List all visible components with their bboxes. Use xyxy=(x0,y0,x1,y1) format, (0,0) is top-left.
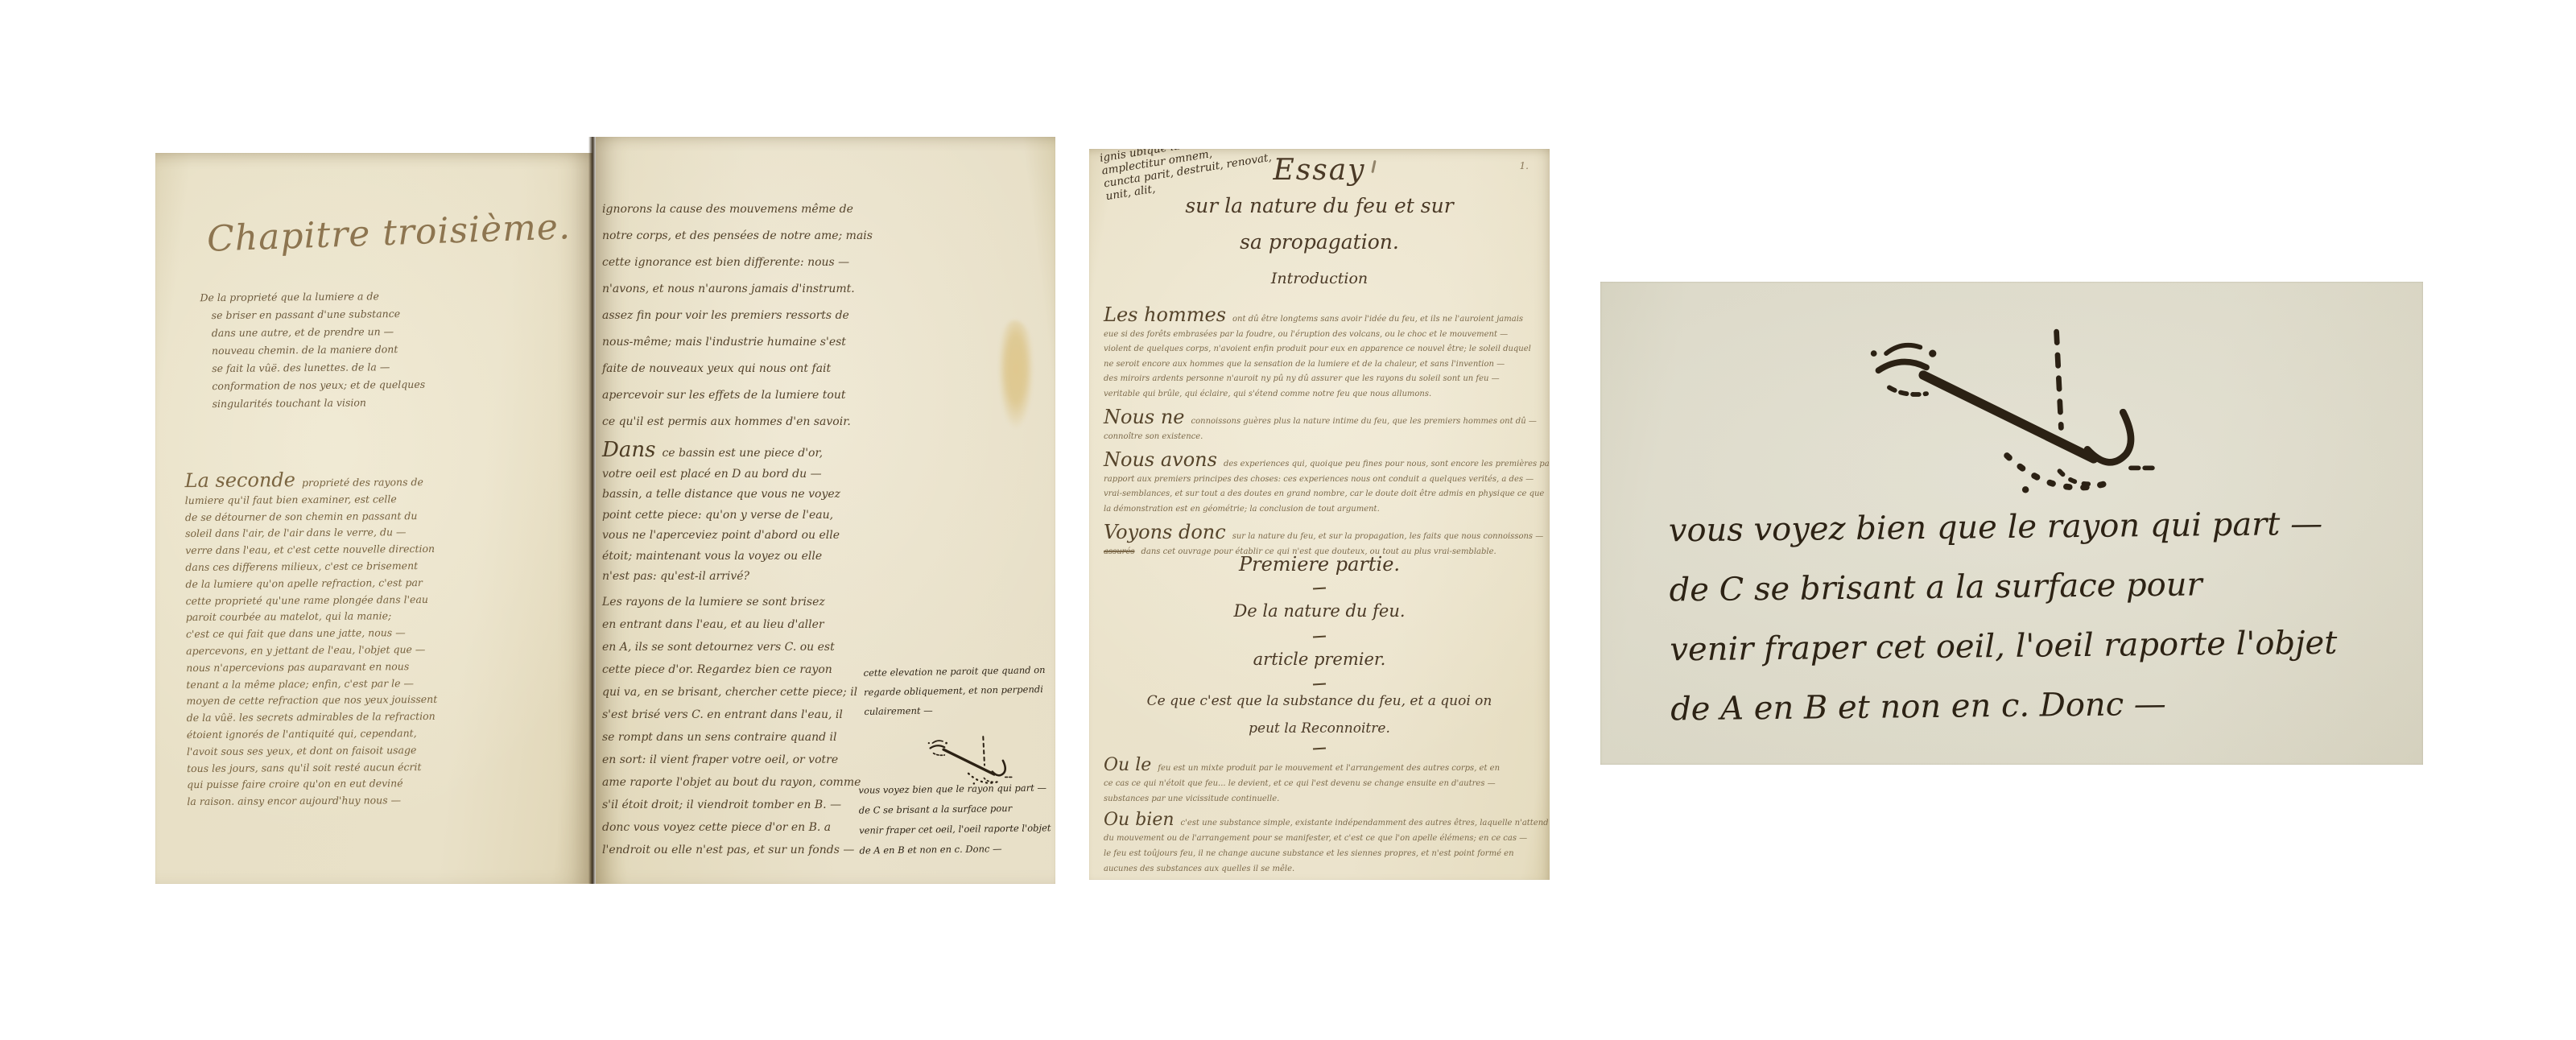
manuscript-line: violent de quelques corps, n'avoient enf… xyxy=(1104,342,1538,357)
manuscript-line: c'est ce qui fait que dans une jatte, no… xyxy=(186,625,437,643)
manuscript-line: apercevoir sur les effets de la lumiere … xyxy=(602,382,873,409)
manuscript-line: paroit courbée au matelot, qui la manie; xyxy=(186,608,437,626)
manuscript-line: votre oeil est placé en D au bord du — xyxy=(602,464,873,485)
manuscript-line: du mouvement ou de l'arrangement pour se… xyxy=(1104,831,1538,846)
section-divider xyxy=(1313,635,1326,638)
essay-title-line2: sur la nature du feu et sur xyxy=(1089,194,1550,217)
manuscript-line: ce cas ce qui n'étoit que feu... le devi… xyxy=(1104,776,1538,791)
manuscript-line: regarde obliquement, et non perpendi xyxy=(864,679,1046,702)
manuscript-line: sur la nature du feu, et sur la propagat… xyxy=(1232,530,1544,545)
chapter-title: Chapitre troisième. xyxy=(206,206,571,260)
left-page-body: La seconde proprieté des rayons de lumie… xyxy=(185,471,439,811)
leaf-body: Les hommes ont dû être longtems sans avo… xyxy=(1104,305,1538,565)
paragraph-first-line: Ou bien c'est une substance simple, exis… xyxy=(1104,812,1538,831)
manuscript-line: ignorons la cause des mouvemens même de xyxy=(602,196,873,223)
manuscript-line: c'est une substance simple, existante in… xyxy=(1181,815,1550,831)
manuscript-line: s'est brisé vers C. en entrant dans l'ea… xyxy=(602,704,873,726)
paragraph-lines: rapport aux premiers principes des chose… xyxy=(1104,473,1538,518)
manuscript-line: de C se brisant a la surface pour xyxy=(1669,554,2337,621)
manuscript-line: de la lumiere qu'on apelle refraction, c… xyxy=(185,575,436,593)
article-subtitle-line2: peut la Reconnoitre. xyxy=(1089,720,1550,737)
section-divider xyxy=(1313,683,1326,685)
manuscript-line: venir fraper cet oeil, l'oeil raporte l'… xyxy=(859,818,1051,840)
paragraph-lead: Ou le xyxy=(1104,757,1151,773)
manuscript-line: singularités touchant la vision xyxy=(200,394,425,413)
manuscript-line: conformation de nos yeux; et de quelques xyxy=(200,376,425,395)
paragraph-lines: du mouvement ou de l'arrangement pour se… xyxy=(1104,831,1538,877)
manuscript-line: l'avoit sous ses yeux, et dont on faisoi… xyxy=(187,742,438,761)
manuscript-line: ce bassin est une piece d'or, xyxy=(662,444,823,464)
paragraph: Les rayons de la lumiere se sont briseze… xyxy=(602,591,873,861)
nature-heading: De la nature du feu. xyxy=(1089,601,1550,621)
paragraph: Ou le feu est un mixte produit par le mo… xyxy=(1104,757,1538,807)
manuscript-line: des miroirs ardents personne n'auroit ny… xyxy=(1104,372,1538,387)
paragraph-lines: eue si des forêts embrasées par la foudr… xyxy=(1104,328,1538,402)
manuscript-line: vous ne l'aperceviez point d'abord ou el… xyxy=(602,526,873,547)
paragraph-first-line: Nous avons des experiences qui, quoique … xyxy=(1104,450,1538,473)
manuscript-line: ame raporte l'objet au bout du rayon, co… xyxy=(602,771,873,794)
paragraph-first-line: La seconde proprieté des rayons de xyxy=(185,471,436,493)
manuscript-line: en entrant dans l'eau, et au lieu d'alle… xyxy=(602,613,873,636)
manuscript-line: se fait la vûë. des lunettes. de la — xyxy=(200,358,425,378)
manuscript-line: la démonstration est en géométrie; la co… xyxy=(1104,502,1538,518)
manuscript-line: apercevons, en y jettant de l'eau, l'obj… xyxy=(186,642,437,660)
margin-caption: vous voyez bien que le rayon qui part —d… xyxy=(858,778,1051,860)
manuscript-line: bassin, a telle distance que vous ne voy… xyxy=(602,485,873,506)
manuscript-line: assez fin pour voir les premiers ressort… xyxy=(602,303,873,329)
manuscript-leaf-essay-feu: ignis ubique latet, naturamamplectitur o… xyxy=(1089,149,1550,880)
ink-stain xyxy=(998,320,1034,441)
manuscript-line: de C se brisant a la surface pour xyxy=(859,798,1051,820)
manuscript-line: connoissons guères plus la nature intime… xyxy=(1191,415,1537,430)
paragraph-lead: Dans xyxy=(602,440,655,461)
manuscript-line: dans une autre, et de prendre un — xyxy=(200,323,425,342)
manuscript-line: notre corps, et des pensées de notre ame… xyxy=(602,223,873,250)
paragraph-lead: La seconde xyxy=(185,472,295,489)
article-subtitle-line1: Ce que c'est que la substance du feu, et… xyxy=(1089,693,1550,709)
manuscript-line: rapport aux premiers principes des chose… xyxy=(1104,473,1538,488)
manuscript-line: veritable qui brûle, qui éclaire, qui s'… xyxy=(1104,387,1538,402)
part-heading: Premiere partie. xyxy=(1089,553,1550,576)
manuscript-line: se rompt dans un sens contraire quand il xyxy=(602,726,873,749)
paragraph: Ou bien c'est une substance simple, exis… xyxy=(1104,812,1538,877)
article-heading: article premier. xyxy=(1089,650,1550,669)
chapter-summary: De la proprieté que la lumiere a dese br… xyxy=(200,287,425,413)
manuscript-line: vous voyez bien que le rayon qui part — xyxy=(1668,494,2336,561)
manuscript-line: qui puisse faire croire qu'on en eut dev… xyxy=(187,775,438,794)
manuscript-line: qui va, en se brisant, chercher cette pi… xyxy=(602,681,873,704)
manuscript-line: vous voyez bien que le rayon qui part — xyxy=(858,778,1051,800)
manuscript-line: de A en B et non en c. Donc — xyxy=(859,838,1051,860)
manuscript-line: tous les jours, sans qu'il soit resté au… xyxy=(187,758,438,777)
manuscript-line: étoit; maintenant vous la voyez ou elle xyxy=(602,547,873,567)
paragraph-first-line: Voyons donc sur la nature du feu, et sur… xyxy=(1104,522,1538,545)
manuscript-line: feu est un mixte produit par le mouvemen… xyxy=(1158,761,1500,776)
paragraph: ignorons la cause des mouvemens même den… xyxy=(602,196,873,435)
manuscript-line: s'il étoit droit; il viendroit tomber en… xyxy=(602,794,873,816)
section-divider xyxy=(1313,587,1326,589)
manuscript-line: le feu est toûjours feu, il ne change au… xyxy=(1104,846,1538,861)
manuscript-line: nous n'apercevions pas auparavant en nou… xyxy=(186,658,437,677)
manuscript-line: De la proprieté que la lumiere a de xyxy=(200,287,424,307)
essay-title-line3: sa propagation. xyxy=(1089,230,1550,254)
paragraph-lines: ce cas ce qui n'étoit que feu... le devi… xyxy=(1104,776,1538,807)
manuscript-line: la raison. ainsy encor aujourd'huy nous … xyxy=(187,792,438,811)
manuscript-line: point cette piece: qu'on y verse de l'ea… xyxy=(602,506,873,526)
manuscript-line: lumiere qu'il faut bien examiner, est ce… xyxy=(185,491,436,510)
manuscript-line: nous-même; mais l'industrie humaine s'es… xyxy=(602,329,873,356)
manuscript-line: de A en B et non en c. Donc — xyxy=(1670,673,2339,740)
manuscript-line: cette ignorance est bien differente: nou… xyxy=(602,250,873,276)
introduction-heading: Introduction xyxy=(1089,270,1550,287)
manuscript-line: connoître son existence. xyxy=(1104,430,1538,445)
paragraph-lead: Voyons donc xyxy=(1104,522,1226,542)
manuscript-line: soleil dans l'air, de l'air dans le verr… xyxy=(185,524,436,543)
manuscript-line: n'avons, et nous n'aurons jamais d'instr… xyxy=(602,276,873,303)
paragraph-lead: Nous avons xyxy=(1104,450,1217,469)
body-lines: lumiere qu'il faut bien examiner, est ce… xyxy=(185,491,438,811)
paragraph-first-line: Les hommes ont dû être longtems sans avo… xyxy=(1104,305,1538,328)
manuscript-line: eue si des forêts embrasées par la foudr… xyxy=(1104,328,1538,343)
paragraph: Dans ce bassin est une piece d'or, votre… xyxy=(602,440,873,588)
manuscript-line: ne seroit encore aux hommes que la sensa… xyxy=(1104,357,1538,373)
manuscript-line: dans ces differens milieux, c'est ce bri… xyxy=(185,558,436,576)
manuscript-line: aucunes des substances aux quelles il se… xyxy=(1104,861,1538,877)
manuscript-line: de la vûë. les secrets admirables de la … xyxy=(187,708,438,727)
paragraph: Nous ne connoissons guères plus la natur… xyxy=(1104,407,1538,444)
paragraph-first-line: Dans ce bassin est une piece d'or, xyxy=(602,440,873,464)
paragraph-lines: connoître son existence. xyxy=(1104,430,1538,445)
manuscript-line: culairement — xyxy=(864,699,1046,721)
right-page-body: ignorons la cause des mouvemens même den… xyxy=(602,196,873,861)
manuscript-line: en sort: il vient fraper votre oeil, or … xyxy=(602,749,873,771)
book-left-page: Chapitre troisième. De la proprieté que … xyxy=(155,153,592,884)
essay-title: Essay xyxy=(1089,154,1550,187)
manuscript-line: cette proprieté qu'une rame plongée dans… xyxy=(186,591,437,609)
manuscript-line: venir fraper cet oeil, l'oeil raporte l'… xyxy=(1670,613,2338,680)
manuscript-line: n'est pas: qu'est-il arrivé? xyxy=(602,567,873,588)
section-divider xyxy=(1313,747,1326,749)
manuscript-line: cette piece d'or. Regardez bien ce rayon xyxy=(602,658,873,681)
refraction-sketch-icon xyxy=(1827,303,2230,528)
paragraph-first-line: Nous ne connoissons guères plus la natur… xyxy=(1104,407,1538,430)
paragraph-first-line: Ou le feu est un mixte produit par le mo… xyxy=(1104,757,1538,776)
manuscript-line: nouveau chemin. de la maniere dont xyxy=(200,340,425,360)
magnified-annotation-detail: vous voyez bien que le rayon qui part —d… xyxy=(1600,282,2423,765)
paragraph-lead: Les hommes xyxy=(1104,305,1226,324)
manuscript-line: se briser en passant d'une substance xyxy=(200,305,425,324)
paragraph-lines: votre oeil est placé en D au bord du —ba… xyxy=(602,464,873,588)
manuscript-line: en A, ils se sont detournez vers C. ou e… xyxy=(602,636,873,658)
manuscript-line: substances par une vicissitude continuel… xyxy=(1104,791,1538,807)
book-right-page: ignorons la cause des mouvemens même den… xyxy=(596,137,1055,884)
manuscript-line: de se détourner de son chemin en passant… xyxy=(185,508,436,526)
paragraph: Nous avons des experiences qui, quoique … xyxy=(1104,450,1538,517)
paragraph-lead: Ou bien xyxy=(1104,812,1174,827)
manuscript-line: ont dû être longtems sans avoir l'idée d… xyxy=(1232,312,1523,328)
paragraph-lead: Nous ne xyxy=(1104,407,1185,427)
manuscript-line: proprieté des rayons de xyxy=(302,474,423,492)
manuscript-line: Les rayons de la lumiere se sont brisez xyxy=(602,591,873,613)
leaf-bottom-body: Ou le feu est un mixte produit par le mo… xyxy=(1104,757,1538,880)
manuscript-line: vrai-semblances, et sur tout a des doute… xyxy=(1104,487,1538,502)
manuscript-line: verre dans l'eau, et c'est cette nouvell… xyxy=(185,541,436,559)
annotation-caption-magnified: vous voyez bien que le rayon qui part —d… xyxy=(1668,494,2338,740)
manuscript-line: moyen de cette refraction que nos yeux j… xyxy=(186,691,437,710)
manuscript-line: donc vous voyez cette piece d'or en B. a xyxy=(602,816,873,839)
margin-annotation: cette elevation ne paroit que quand onre… xyxy=(863,660,1046,721)
manuscript-line: l'endroit ou elle n'est pas, et sur un f… xyxy=(602,839,873,861)
manuscript-line: étoient ignorés de l'antiquité qui, cepe… xyxy=(187,725,438,744)
manuscript-line: ce qu'il est permis aux hommes d'en savo… xyxy=(602,409,873,435)
manuscript-book-spread: Chapitre troisième. De la proprieté que … xyxy=(155,137,1055,884)
manuscript-line: faite de nouveaux yeux qui nous ont fait xyxy=(602,356,873,382)
manuscript-line: tenant a la même place; enfin, c'est par… xyxy=(186,675,437,693)
paragraph: Les hommes ont dû être longtems sans avo… xyxy=(1104,305,1538,402)
manuscript-line: des experiences qui, quoique peu fines p… xyxy=(1224,457,1550,473)
